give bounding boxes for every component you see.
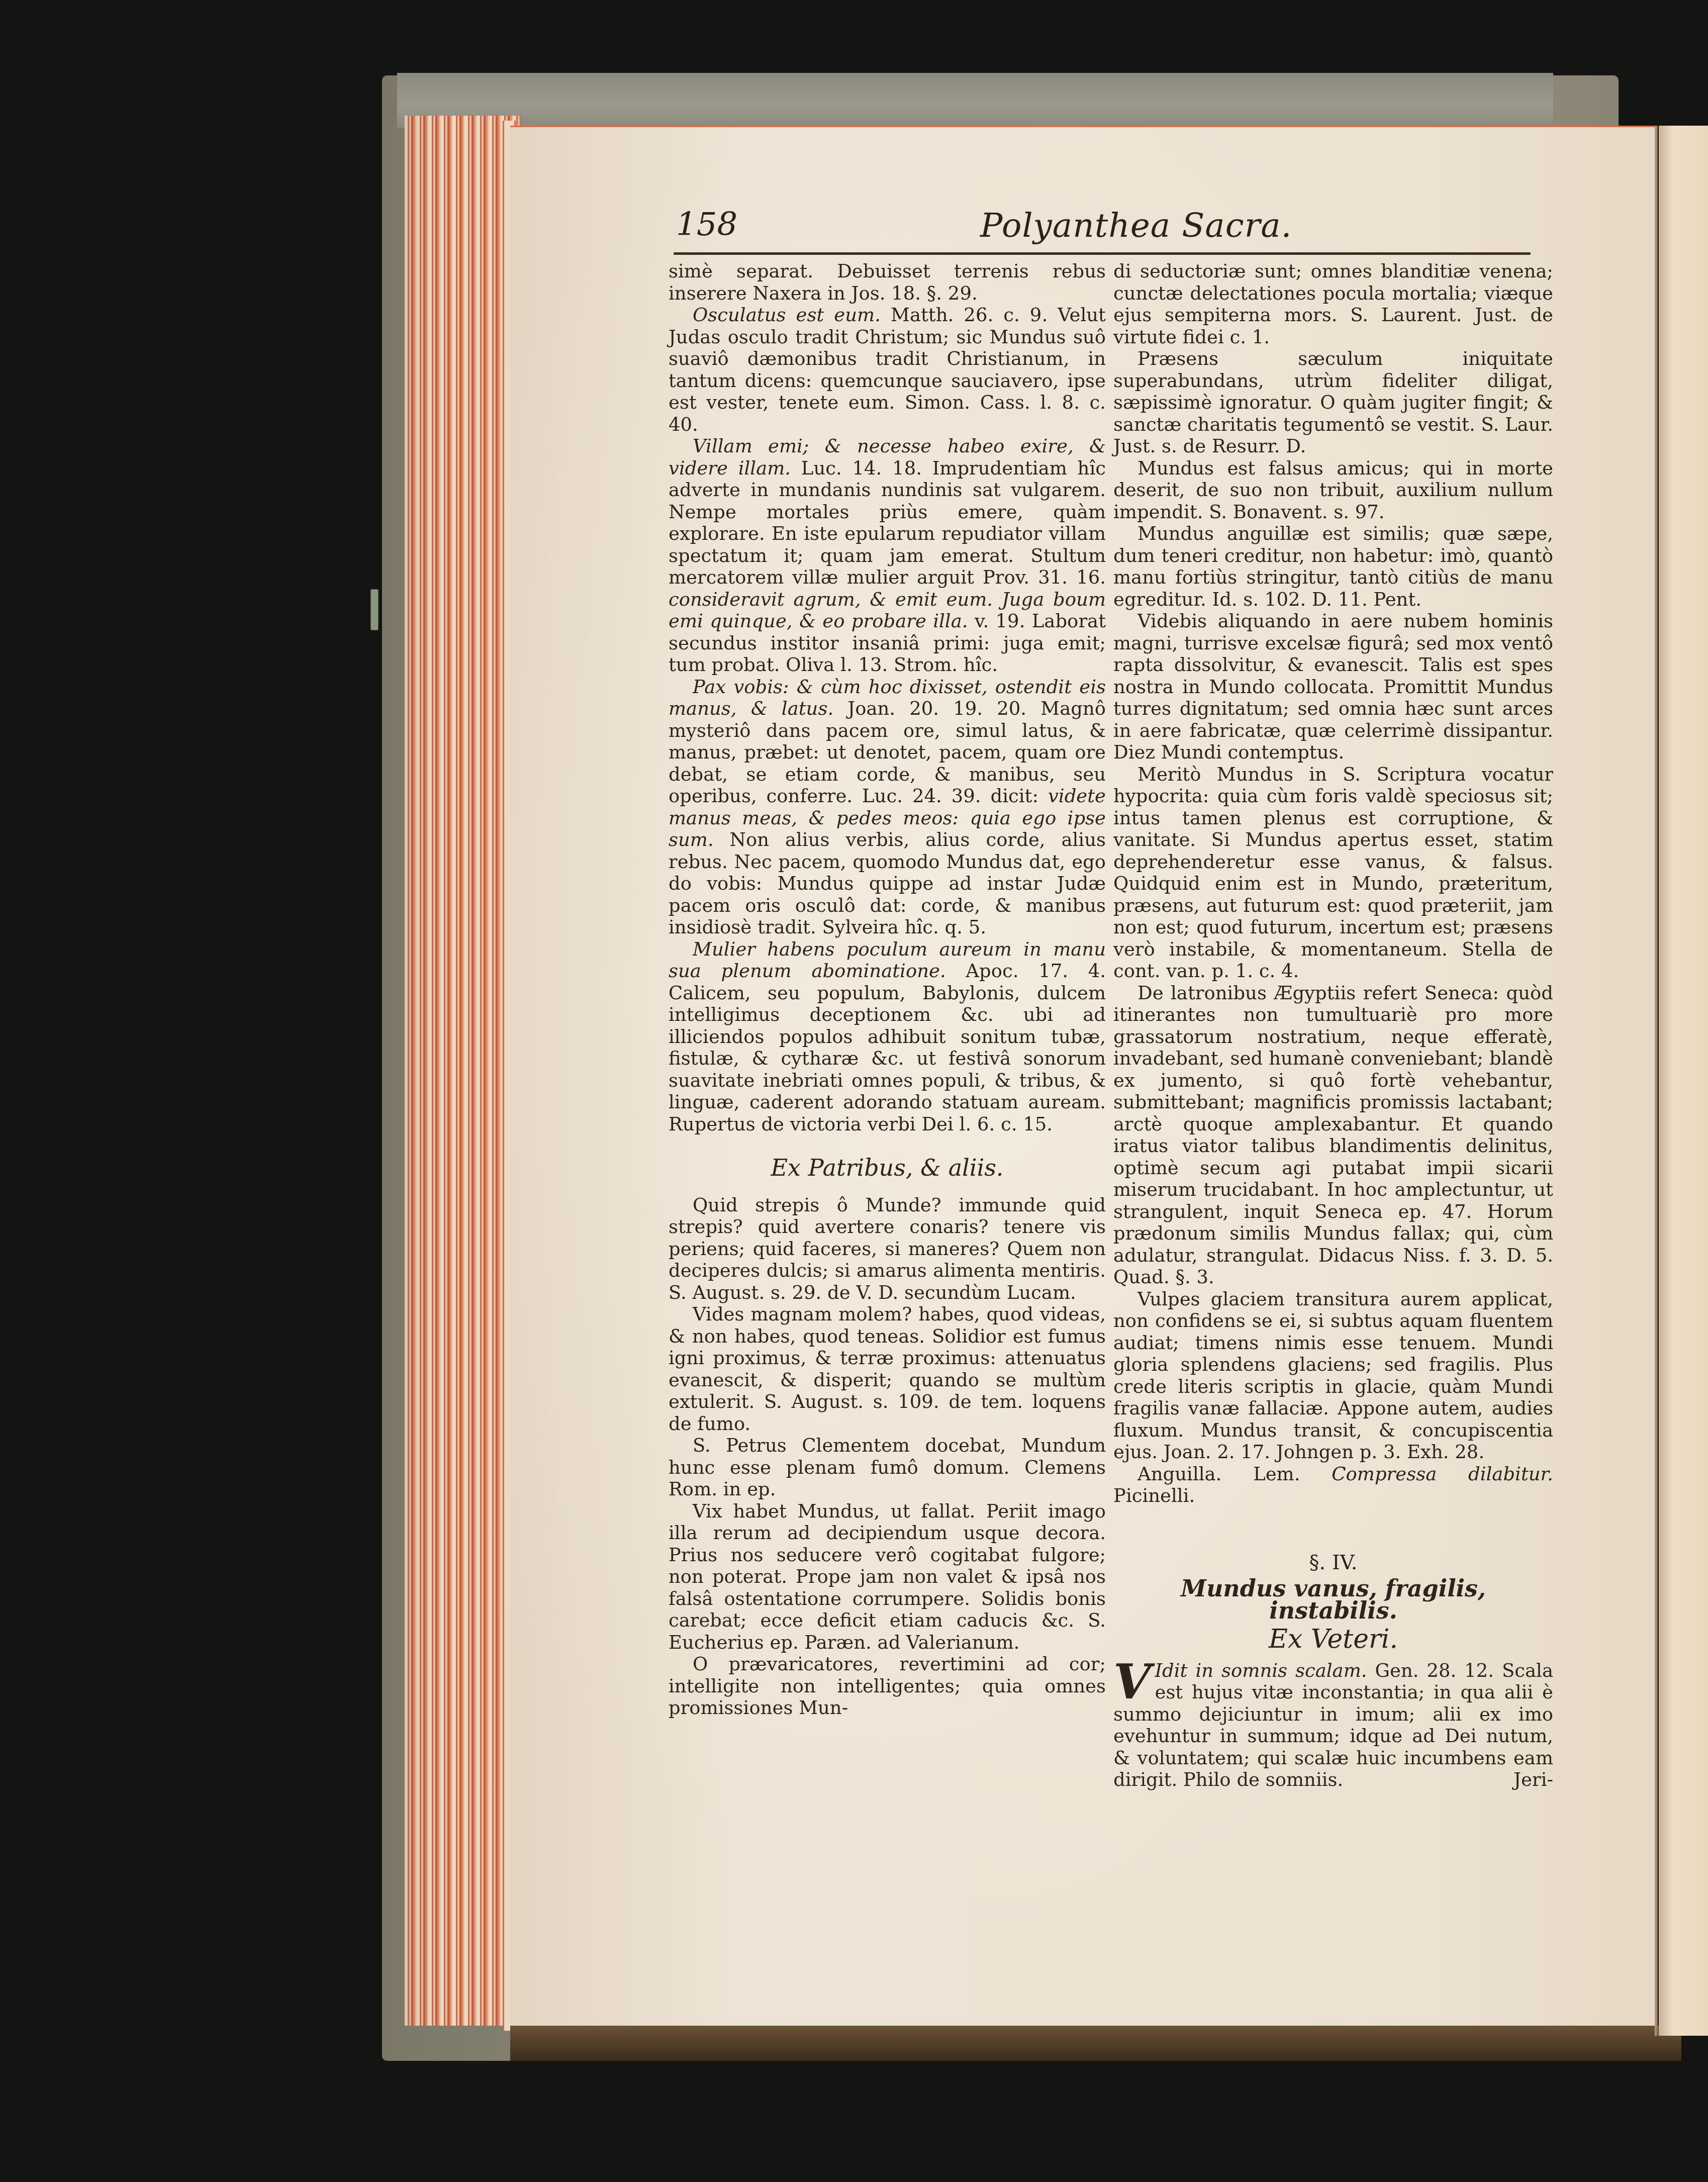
- italic-quotation: Compressa dilabitur.: [1332, 1463, 1553, 1485]
- paragraph: S. Petrus Clementem docebat, Mundum hunc…: [669, 1435, 1106, 1500]
- section-heading-ex-patribus: Ex Patribus, & aliis.: [669, 1157, 1106, 1179]
- body-text: Præsens sæculum iniquitate superabundans…: [1113, 348, 1553, 457]
- final-paragraph-text: Idit in somnis scalam. Gen. 28. 12. Scal…: [1113, 1660, 1553, 1791]
- paragraph: O prævaricatores, revertimini ad cor; in…: [669, 1653, 1106, 1719]
- body-text: Mundus anguillæ est similis; quæ sæpe, d…: [1113, 523, 1553, 610]
- body-text: O prævaricatores, revertimini ad cor; in…: [669, 1653, 1106, 1719]
- body-text: Non alius verbis, alius corde, alius reb…: [669, 829, 1106, 938]
- book-gutter: [1655, 126, 1658, 2036]
- body-text: simè separat. Debuisset terrenis rebus i…: [669, 260, 1106, 304]
- section-mark: §. IV.: [1113, 1552, 1553, 1574]
- right-column: di seductoriæ sunt; omnes blanditiæ vene…: [1113, 260, 1553, 1791]
- paragraph: di seductoriæ sunt; omnes blanditiæ vene…: [1113, 260, 1553, 348]
- paragraph: Quid strepis ô Munde? immunde quid strep…: [669, 1194, 1106, 1304]
- book-cover-top-edge: [397, 73, 1553, 128]
- body-text: Mundus est falsus amicus; qui in morte d…: [1113, 457, 1553, 523]
- paragraph: Videbis aliquando in aere nubem hominis …: [1113, 610, 1553, 764]
- body-text: Quid strepis ô Munde? immunde quid strep…: [669, 1194, 1106, 1303]
- book-scan: 158 Polyanthea Sacra. simè separat. Debu…: [0, 0, 1708, 2182]
- page-bottom-shadow: [510, 2026, 1681, 2061]
- running-title: Polyanthea Sacra.: [980, 206, 1292, 245]
- paragraph: Vides magnam molem? habes, quod videas, …: [669, 1303, 1106, 1435]
- section-title: Mundus vanus, fragilis, instabilis.: [1113, 1578, 1553, 1622]
- body-text: Meritò Mundus in S. Scriptura vocatur hy…: [1113, 764, 1553, 982]
- right-page-edge: [1659, 126, 1708, 2036]
- body-text: Apoc. 17. 4. Calicem, seu populum, Babyl…: [669, 960, 1106, 1135]
- right-column-paragraphs: di seductoriæ sunt; omnes blanditiæ vene…: [1113, 260, 1553, 1507]
- paragraph: Præsens sæculum iniquitate superabundans…: [1113, 348, 1553, 457]
- paragraph: simè separat. Debuisset terrenis rebus i…: [669, 260, 1106, 304]
- italic-quotation: Osculatus est eum.: [693, 304, 881, 326]
- body-text: Picinelli.: [1113, 1485, 1195, 1506]
- body-text: di seductoriæ sunt; omnes blanditiæ vene…: [1113, 260, 1553, 348]
- paragraph: Osculatus est eum. Matth. 26. c. 9. Velu…: [669, 304, 1106, 435]
- page-number: 158: [676, 206, 737, 243]
- drop-cap: V: [1113, 1662, 1151, 1702]
- left-column: simè separat. Debuisset terrenis rebus i…: [669, 260, 1106, 1719]
- body-text: Videbis aliquando in aere nubem hominis …: [1113, 610, 1553, 763]
- final-paragraph: V Idit in somnis scalam. Gen. 28. 12. Sc…: [1113, 1660, 1553, 1791]
- clasp-icon: [370, 589, 378, 630]
- paragraph: Mundus anguillæ est similis; quæ sæpe, d…: [1113, 523, 1553, 610]
- body-text: S. Petrus Clementem docebat, Mundum hunc…: [669, 1435, 1106, 1500]
- paragraph: De latronibus Ægyptiis refert Seneca: qu…: [1113, 982, 1553, 1288]
- paragraph: Mulier habens poculum aureum in manu sua…: [669, 938, 1106, 1135]
- header-rule: [674, 252, 1531, 255]
- left-column-paragraphs: simè separat. Debuisset terrenis rebus i…: [669, 260, 1106, 1135]
- paragraph: Mundus est falsus amicus; qui in morte d…: [1113, 457, 1553, 523]
- catchword: Jeri-: [1513, 1769, 1553, 1791]
- running-head: 158 Polyanthea Sacra.: [676, 206, 1536, 246]
- left-column-paragraphs-after: Quid strepis ô Munde? immunde quid strep…: [669, 1194, 1106, 1719]
- body-text: De latronibus Ægyptiis refert Seneca: qu…: [1113, 982, 1553, 1288]
- paragraph: Vulpes glaciem transitura aurem applicat…: [1113, 1288, 1553, 1463]
- paragraph: Villam emi; & necesse habeo exire, & vid…: [669, 435, 1106, 676]
- paragraph: Vix habet Mundus, ut fallat. Periit imag…: [669, 1500, 1106, 1654]
- body-text: Vides magnam molem? habes, quod videas, …: [669, 1303, 1106, 1435]
- paragraph: Pax vobis: & cùm hoc dixisset, ostendit …: [669, 676, 1106, 938]
- body-text: Vix habet Mundus, ut fallat. Periit imag…: [669, 1500, 1106, 1653]
- paragraph: Meritò Mundus in S. Scriptura vocatur hy…: [1113, 764, 1553, 982]
- subsection-title: Ex Veteri.: [1113, 1629, 1553, 1651]
- body-text: Vulpes glaciem transitura aurem applicat…: [1113, 1288, 1553, 1463]
- body-text: Anguilla. Lem.: [1137, 1463, 1332, 1485]
- italic-quotation: Idit in somnis scalam.: [1155, 1660, 1367, 1681]
- paragraph: Anguilla. Lem. Compressa dilabitur. Pici…: [1113, 1463, 1553, 1507]
